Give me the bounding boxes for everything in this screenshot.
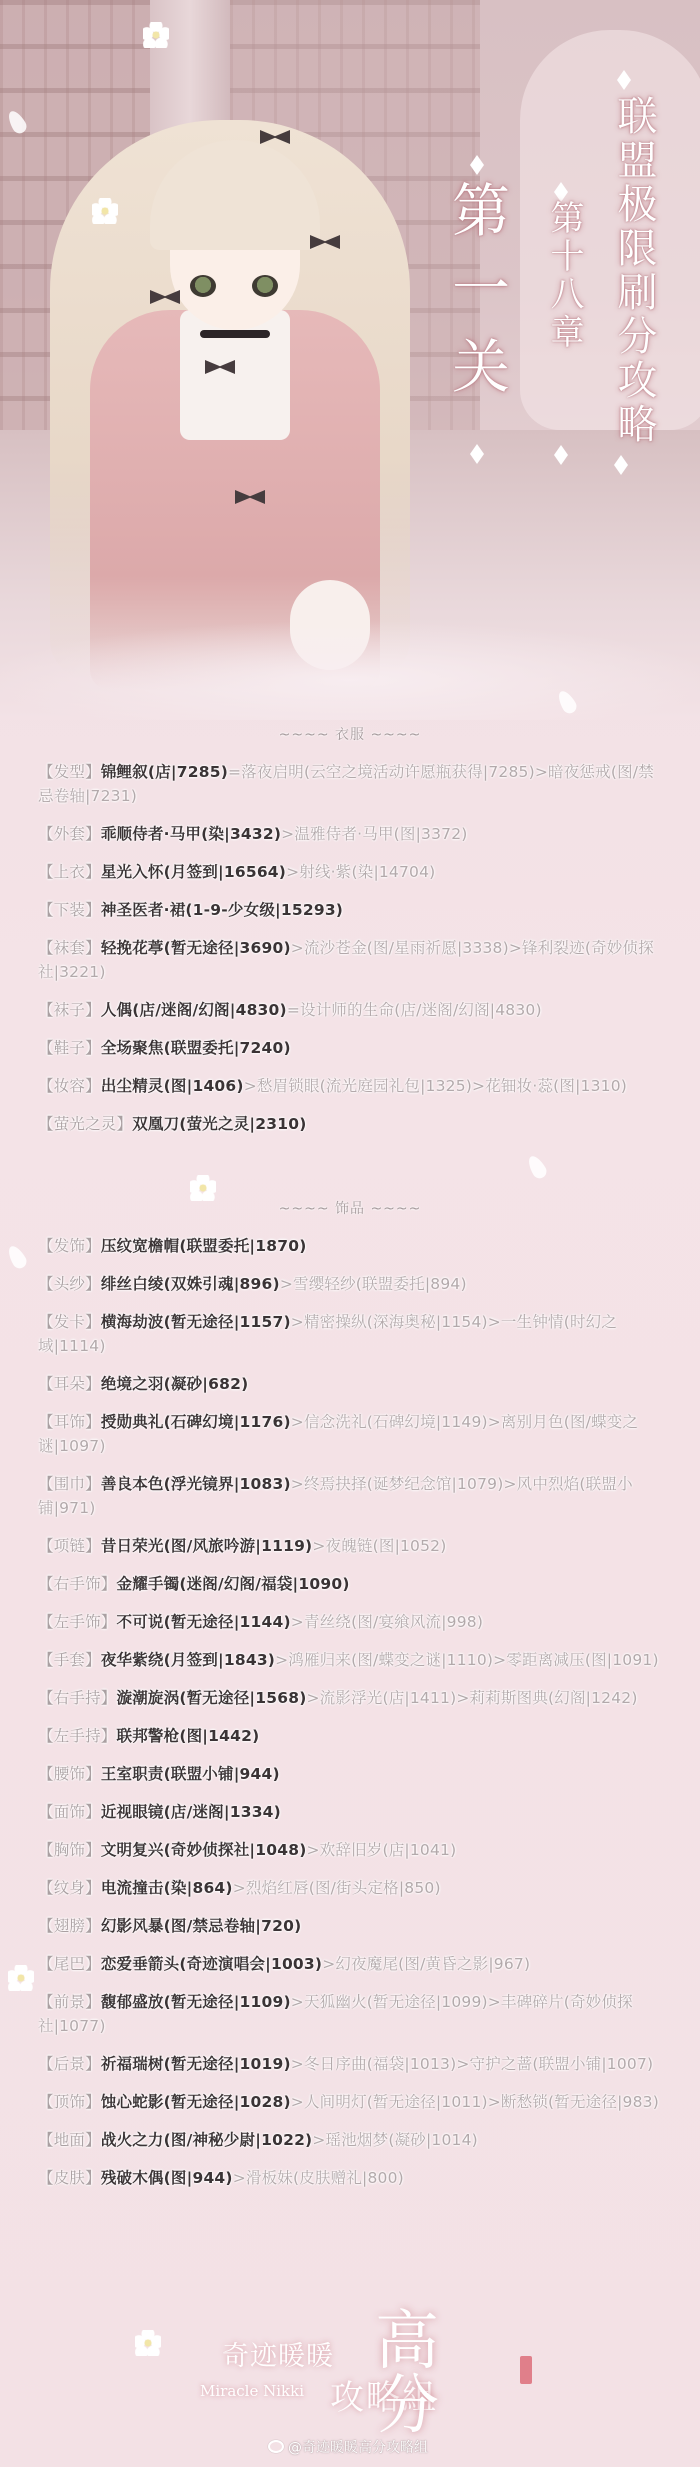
list-item-left-hand-held: 【左手持】联邦警枪(图|1442) — [38, 1724, 668, 1748]
slot-label: 【顶饰】 — [38, 2093, 101, 2111]
alternative-items: >雪缨轻纱(联盟委托|894) — [280, 1275, 467, 1293]
best-item: 恋爱垂箭头(奇迹演唱会|1003) — [101, 1955, 322, 1973]
best-item: 电流撞击(染|864) — [101, 1879, 233, 1897]
slot-label: 【腰饰】 — [38, 1765, 101, 1783]
alternative-items: >欢辞旧岁(店|1041) — [306, 1841, 456, 1859]
slot-label: 【右手饰】 — [38, 1575, 117, 1593]
list-item-right-hand-held: 【右手持】漩潮旋涡(暂无途径|1568)>流影浮光(店|1411)>莉莉斯图典(… — [38, 1686, 668, 1710]
alternative-items: >夜魄链(图|1052) — [312, 1537, 446, 1555]
weibo-handle: @奇迹暖暖高分攻略组 — [288, 2440, 428, 2456]
best-item: 文明复兴(奇妙侦探社|1048) — [101, 1841, 307, 1859]
best-item: 星光入怀(月签到|16564) — [101, 863, 286, 881]
best-item: 不可说(暂无途径|1144) — [117, 1613, 291, 1631]
best-item: 绯丝白绫(双姝引魂|896) — [101, 1275, 280, 1293]
slot-label: 【耳饰】 — [38, 1413, 101, 1431]
guide-title: 联盟极限刷分攻略 — [612, 95, 656, 447]
best-item: 馥郁盛放(暂无途径|1109) — [101, 1993, 291, 2011]
list-item-foreground: 【前景】馥郁盛放(暂无途径|1109)>天狐幽火(暂无途径|1099)>丰碑碎片… — [38, 1990, 668, 2038]
slot-label: 【左手饰】 — [38, 1613, 117, 1631]
list-item-face: 【面饰】近视眼镜(店/迷阁|1334) — [38, 1800, 668, 1824]
slot-label: 【后景】 — [38, 2055, 101, 2073]
clothing-list: 【发型】锦鲤叙(店|7285)=落夜启明(云空之境活动许愿瓶获得|7285)>暗… — [38, 760, 668, 1150]
equal-item: =落夜启明(云空之境活动许愿瓶获得|7285) — [228, 763, 535, 781]
flower-icon — [8, 1965, 34, 1991]
best-item: 王室职责(联盟小铺|944) — [101, 1765, 280, 1783]
best-item: 全场聚焦(联盟委托|7240) — [101, 1039, 291, 1057]
alternative-items: >烈焰红唇(图/街头定格|850) — [233, 1879, 441, 1897]
slot-label: 【纹身】 — [38, 1879, 101, 1897]
list-item-brooch: 【胸饰】文明复兴(奇妙侦探社|1048)>欢辞旧岁(店|1041) — [38, 1838, 668, 1862]
list-item-right-bracelet: 【右手饰】金耀手镯(迷阁/幻阁/福袋|1090) — [38, 1572, 668, 1596]
alternative-items: >滑板妹(皮肤赠礼|800) — [233, 2169, 404, 2187]
slot-label: 【发卡】 — [38, 1313, 101, 1331]
best-item: 金耀手镯(迷阁/幻阁/福袋|1090) — [117, 1575, 350, 1593]
mist-overlay — [0, 620, 700, 720]
best-item: 幻影风暴(图/禁忌卷轴|720) — [101, 1917, 302, 1935]
best-item: 人偶(店/迷阁/幻阁|4830) — [101, 1001, 287, 1019]
alternative-items: >愁眉锁眼(流光庭园礼包|1325)>花钿妆·蕊(图|1310) — [244, 1077, 627, 1095]
list-item-skin: 【皮肤】残破木偶(图|944)>滑板妹(皮肤赠礼|800) — [38, 2166, 668, 2190]
alternative-items: >流影浮光(店|1411)>莉莉斯图典(幻阁|1242) — [307, 1689, 638, 1707]
flower-icon — [135, 2330, 161, 2356]
strategy-group-logo: 奇迹暖暖 Miracle Nikki 攻略組 高分 — [200, 2318, 480, 2428]
best-item: 漩潮旋涡(暂无途径|1568) — [117, 1689, 307, 1707]
slot-label: 【妆容】 — [38, 1077, 101, 1095]
slot-label: 【手套】 — [38, 1651, 101, 1669]
list-item-scarf: 【围巾】善良本色(浮光镜界|1083)>终焉抉择(诞梦纪念馆|1079)>风中烈… — [38, 1472, 668, 1520]
weibo-icon — [268, 2440, 284, 2453]
logo-chinese-name: 奇迹暖暖 — [222, 2334, 334, 2373]
slot-label: 【尾巴】 — [38, 1955, 101, 1973]
list-item-veil: 【头纱】绯丝白绫(双姝引魂|896)>雪缨轻纱(联盟委托|894) — [38, 1272, 668, 1296]
chapter-title: 第十八章 — [545, 200, 583, 352]
hero-banner: 联盟极限刷分攻略 第十八章 第一关 — [0, 0, 700, 720]
best-item: 近视眼镜(店/迷阁|1334) — [101, 1803, 281, 1821]
list-item-top: 【上衣】星光入怀(月签到|16564)>射线·紫(染|14704) — [38, 860, 668, 884]
slot-label: 【袜套】 — [38, 939, 101, 957]
list-item-tattoo: 【纹身】电流撞击(染|864)>烈焰红唇(图/街头定格|850) — [38, 1876, 668, 1900]
alternative-items: >射线·紫(染|14704) — [286, 863, 435, 881]
list-item-ground: 【地面】战火之力(图/神秘少尉|1022)>瑶池烟梦(凝砂|1014) — [38, 2128, 668, 2152]
best-item: 绝境之羽(凝砂|682) — [101, 1375, 249, 1393]
list-item-earrings: 【耳饰】授勋典礼(石碑幻境|1176)>信念洗礼(石碑幻境|1149)>离别月色… — [38, 1410, 668, 1458]
slot-label: 【右手持】 — [38, 1689, 117, 1707]
slot-label: 【头纱】 — [38, 1275, 101, 1293]
best-item: 横海劫波(暂无途径|1157) — [101, 1313, 291, 1331]
best-item: 战火之力(图/神秘少尉|1022) — [101, 2131, 313, 2149]
clothing-heading: ~~~~ 衣服 ~~~~ — [0, 724, 700, 744]
logo-english-name: Miracle Nikki — [200, 2382, 304, 2400]
list-item-top-decor: 【顶饰】蚀心蛇影(暂无途径|1028)>人间明灯(暂无途径|1011)>断愁锁(… — [38, 2090, 668, 2114]
alternative-items: >冬日序曲(福袋|1013)>守护之蔷(联盟小铺|1007) — [291, 2055, 654, 2073]
best-item: 夜华紫绕(月签到|1843) — [101, 1651, 275, 1669]
flower-icon — [143, 22, 169, 48]
slot-label: 【围巾】 — [38, 1475, 101, 1493]
best-item: 轻挽花葶(暂无途径|3690) — [101, 939, 291, 957]
accessories-list: 【发饰】压纹宽檐帽(联盟委托|1870) 【头纱】绯丝白绫(双姝引魂|896)>… — [38, 1234, 668, 2204]
alternative-items: =设计师的生命(店/迷阁/幻阁|4830) — [287, 1001, 542, 1019]
right-eye — [252, 275, 278, 297]
petal-icon — [525, 1153, 549, 1181]
slot-label: 【翅膀】 — [38, 1917, 101, 1935]
slot-label: 【面饰】 — [38, 1803, 101, 1821]
best-item: 锦鲤叙(店|7285) — [101, 763, 228, 781]
list-item-ears: 【耳朵】绝境之羽(凝砂|682) — [38, 1372, 668, 1396]
alternative-items: >人间明灯(暂无途径|1011)>断愁锁(暂无途径|983) — [291, 2093, 659, 2111]
slot-label: 【项链】 — [38, 1537, 101, 1555]
slot-label: 【萤光之灵】 — [38, 1115, 132, 1133]
alternative-items: >青丝绕(图/宴飨风流|998) — [291, 1613, 483, 1631]
best-item: 善良本色(浮光镜界|1083) — [101, 1475, 291, 1493]
list-item-firefly-spirit: 【萤光之灵】双凰刀(萤光之灵|2310) — [38, 1112, 668, 1136]
best-item: 出尘精灵(图|1406) — [101, 1077, 244, 1095]
list-item-gloves: 【手套】夜华紫绕(月签到|1843)>鸿雁归来(图/蝶变之谜|1110)>零距离… — [38, 1648, 668, 1672]
list-item-necklace: 【项链】昔日荣光(图/风旅吟游|1119)>夜魄链(图|1052) — [38, 1534, 668, 1558]
seal-stamp-icon — [520, 2356, 532, 2384]
left-eye — [190, 275, 216, 297]
best-item: 乖顺侍者·马甲(染|3432) — [101, 825, 281, 843]
list-item-coat: 【外套】乖顺侍者·马甲(染|3432)>温雅侍者·马甲(图|3372) — [38, 822, 668, 846]
weibo-watermark: @奇迹暖暖高分攻略组 — [268, 2437, 428, 2457]
best-item: 昔日荣光(图/风旅吟游|1119) — [101, 1537, 313, 1555]
best-item: 授勋典礼(石碑幻境|1176) — [101, 1413, 291, 1431]
list-item-makeup: 【妆容】出尘精灵(图|1406)>愁眉锁眼(流光庭园礼包|1325)>花钿妆·蕊… — [38, 1074, 668, 1098]
best-item: 压纹宽檐帽(联盟委托|1870) — [101, 1237, 307, 1255]
slot-label: 【地面】 — [38, 2131, 101, 2149]
accessories-heading: ~~~~ 饰品 ~~~~ — [0, 1198, 700, 1218]
list-item-left-bracelet: 【左手饰】不可说(暂无途径|1144)>青丝绕(图/宴飨风流|998) — [38, 1610, 668, 1634]
list-item-hairpin: 【发卡】横海劫波(暂无途径|1157)>精密操纵(深海奥秘|1154)>一生钟情… — [38, 1310, 668, 1358]
slot-label: 【胸饰】 — [38, 1841, 101, 1859]
best-item: 联邦警枪(图|1442) — [117, 1727, 260, 1745]
choker — [200, 330, 270, 338]
alternative-items: >温雅侍者·马甲(图|3372) — [281, 825, 467, 843]
slot-label: 【前景】 — [38, 1993, 101, 2011]
alternative-items: >鸿雁归来(图/蝶变之谜|1110)>零距离减压(图|1091) — [275, 1651, 659, 1669]
list-item-wings: 【翅膀】幻影风暴(图/禁忌卷轴|720) — [38, 1914, 668, 1938]
slot-label: 【上衣】 — [38, 863, 101, 881]
petal-icon — [5, 1243, 29, 1271]
slot-label: 【下装】 — [38, 901, 101, 919]
slot-label: 【鞋子】 — [38, 1039, 101, 1057]
slot-label: 【左手持】 — [38, 1727, 117, 1745]
best-item: 双凰刀(萤光之灵|2310) — [132, 1115, 306, 1133]
list-item-waist: 【腰饰】王室职责(联盟小铺|944) — [38, 1762, 668, 1786]
best-item: 祈福瑞树(暂无途径|1019) — [101, 2055, 291, 2073]
flower-icon — [92, 198, 118, 224]
list-item-hair: 【发型】锦鲤叙(店|7285)=落夜启明(云空之境活动许愿瓶获得|7285)>暗… — [38, 760, 668, 808]
slot-label: 【外套】 — [38, 825, 101, 843]
list-item-leg-warmer: 【袜套】轻挽花葶(暂无途径|3690)>流沙苍金(图/星雨祈愿|3338)>锋利… — [38, 936, 668, 984]
strategy-page: 联盟极限刷分攻略 第十八章 第一关 ~~~~ 衣服 ~~~~ 【发型】锦鲤叙(店… — [0, 0, 700, 2467]
list-item-bottom: 【下装】神圣医者·裙(1-9-少女级|15293) — [38, 898, 668, 922]
stage-title: 第一关 — [445, 180, 507, 414]
slot-label: 【发饰】 — [38, 1237, 101, 1255]
best-item: 神圣医者·裙(1-9-少女级|15293) — [101, 901, 343, 919]
list-item-shoes: 【鞋子】全场聚焦(联盟委托|7240) — [38, 1036, 668, 1060]
list-item-background: 【后景】祈福瑞树(暂无途径|1019)>冬日序曲(福袋|1013)>守护之蔷(联… — [38, 2052, 668, 2076]
best-item: 蚀心蛇影(暂无途径|1028) — [101, 2093, 291, 2111]
logo-highscore: 高分 — [375, 2310, 480, 2438]
slot-label: 【皮肤】 — [38, 2169, 101, 2187]
alternative-items: >幻夜魔尾(图/黄昏之影|967) — [322, 1955, 530, 1973]
best-item: 残破木偶(图|944) — [101, 2169, 233, 2187]
slot-label: 【耳朵】 — [38, 1375, 101, 1393]
slot-label: 【发型】 — [38, 763, 101, 781]
character-illustration — [20, 60, 440, 700]
alternative-items: >瑶池烟梦(凝砂|1014) — [312, 2131, 478, 2149]
slot-label: 【袜子】 — [38, 1001, 101, 1019]
list-item-hair-accessory: 【发饰】压纹宽檐帽(联盟委托|1870) — [38, 1234, 668, 1258]
list-item-tail: 【尾巴】恋爱垂箭头(奇迹演唱会|1003)>幻夜魔尾(图/黄昏之影|967) — [38, 1952, 668, 1976]
list-item-socks: 【袜子】人偶(店/迷阁/幻阁|4830)=设计师的生命(店/迷阁/幻阁|4830… — [38, 998, 668, 1022]
